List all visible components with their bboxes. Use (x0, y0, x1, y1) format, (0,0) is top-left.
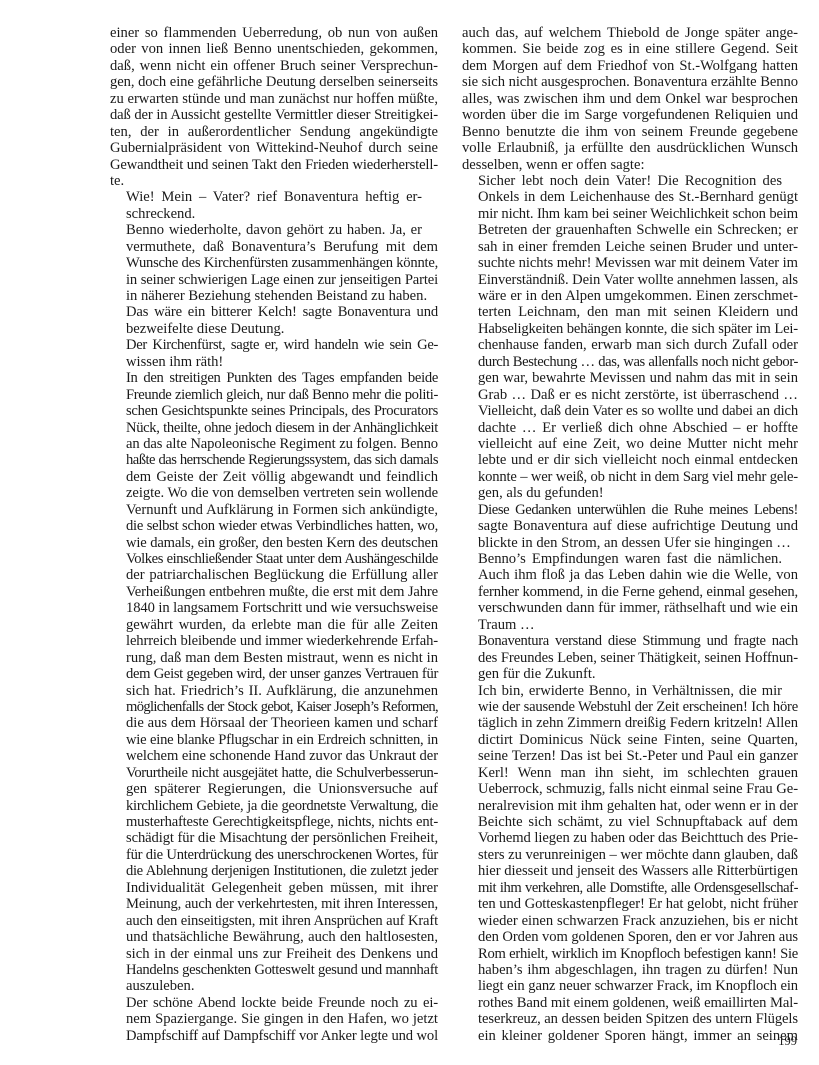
text-line: wissen ihm räth! (110, 354, 438, 370)
text-line: dem Geist gegeben wird, der unser ganzes… (110, 666, 438, 682)
text-line: wie eine blanke Pflugschar in ein Erdrei… (110, 732, 438, 748)
text-line: gen, doch eine gefährliche Deutung derse… (110, 74, 438, 90)
text-line: Sicher lebt noch dein Vater! Die Recogni… (462, 173, 798, 189)
text-line: Der Kirchenfürst, sagte er, wird handeln… (110, 337, 438, 353)
text-line: sagte Bonaventura auf diese aufrichtige … (462, 518, 798, 534)
text-line: auch das, auf welchem Thiebold de Jonge … (462, 25, 798, 41)
paragraph: einer so flammenden Ueberredung, ob nun … (110, 25, 438, 189)
text-line: wie damals, ein großer, den besten Kern … (110, 535, 438, 551)
text-line: Benno benutzte die ihm von seinem Freund… (462, 124, 798, 140)
text-line: gen war, bewahrte Mevissen und nahm das … (462, 370, 798, 386)
text-line: Dampfschiff auf Dampfschiff vor Anker le… (110, 1028, 438, 1044)
paragraph: Benno wiederholte, davon gehört zu haben… (110, 222, 438, 304)
text-line: die Ablehnung derjenigen Institutionen, … (110, 863, 438, 879)
text-line: oder von innen ließ Benno unentschieden,… (110, 41, 438, 57)
text-line: vermuthete, daß Bonaventura’s Berufung m… (110, 239, 438, 255)
text-line: ten, der in außerordentlicher Sendung an… (110, 124, 438, 140)
text-line: wieder einen schwarzen Frack anzuziehen,… (462, 913, 798, 929)
text-line: wäre er in den Alpen umgekommen. Einen z… (462, 288, 798, 304)
text-line: seine Terzen! Das ist bei St.-Peter und … (462, 748, 798, 764)
text-line: Benno wiederholte, davon gehört zu haben… (110, 222, 438, 238)
text-line: chenhause fanden, erwarb man sich durch … (462, 337, 798, 353)
text-line: kommen. Sie beide zog es in eine stiller… (462, 41, 798, 57)
text-line: die aus dem Hörsaal der Theorieen kamen … (110, 715, 438, 731)
text-line: schreckend. (110, 206, 438, 222)
text-line: vielleicht auf eine Zeit, wo deine Mutte… (462, 436, 798, 452)
text-line: auszuleben. (110, 978, 438, 994)
text-line: Meinung, auch der verkehrtesten, mit ihr… (110, 896, 438, 912)
text-line: nem Spaziergange. Sie gingen in den Hafe… (110, 1011, 438, 1027)
paragraph: Der Kirchenfürst, sagte er, wird handeln… (110, 337, 438, 370)
text-line: volle Erlaubniß, ja erfüllte den ausdrüc… (462, 140, 798, 156)
text-line: lebte und er dir sich vielleicht noch ei… (462, 452, 798, 468)
paragraph: Benno’s Empfindungen waren fast die näml… (462, 551, 798, 633)
text-line: konnte – wer weiß, ob nicht in dem Sarg … (462, 469, 798, 485)
text-line: Volkes einschließender Staat unter dem A… (110, 551, 438, 567)
text-column-right: auch das, auf welchem Thiebold de Jonge … (462, 25, 798, 1044)
text-line: Traum … (462, 617, 798, 633)
text-line: für die Unterdrückung des unerschrockene… (110, 847, 438, 863)
text-line: gen späterer Regierungen, die Unionsvers… (110, 781, 438, 797)
text-line: und thatsächliche Bewährung, auch den ha… (110, 929, 438, 945)
paragraph: Diese Gedanken unterwühlen die Ruhe mein… (462, 502, 798, 551)
text-line: Wie! Mein – Vater? rief Bonaventura heft… (110, 189, 438, 205)
text-line: Grab … Daß er es nicht zerstörte, ist üb… (462, 387, 798, 403)
text-line: daß der in Aussicht gestellte Vermittler… (110, 107, 438, 123)
text-line: wie der sausende Webstuhl der Zeit ersch… (462, 699, 798, 715)
text-line: der patriarchalischen Beglückung die Erf… (110, 567, 438, 583)
text-line: fernher kommend, in die Ferne gehend, ei… (462, 584, 798, 600)
text-line: gen für die Zukunft. (462, 666, 798, 682)
text-line: auch den einseitigsten, mit ihren Ansprü… (110, 913, 438, 929)
text-line: worden über die im Sarge vorgefundenen R… (462, 107, 798, 123)
text-line: einer so flammenden Ueberredung, ob nun … (110, 25, 438, 41)
text-line: den Orden vom goldenen Sporen, den er vo… (462, 929, 798, 945)
paragraph: Wie! Mein – Vater? rief Bonaventura heft… (110, 189, 438, 222)
text-line: Der schöne Abend lockte beide Freunde no… (110, 995, 438, 1011)
text-line: Nück, theilte, ohne jedoch diesem in der… (110, 420, 438, 436)
text-line: Individualität Gelegenheit geben müssen,… (110, 880, 438, 896)
text-line: Ueberrock, schmuzig, falls nicht einmal … (462, 781, 798, 797)
text-line: rothes Band mit einem goldenen, weiß ema… (462, 995, 798, 1011)
text-line: neralrevision mit ihm gehalten hat, oder… (462, 798, 798, 814)
paragraph: Der schöne Abend lockte beide Freunde no… (110, 995, 438, 1044)
text-line: sah in einer fremden Leiche seinen Brude… (462, 239, 798, 255)
paragraph: In den streitigen Punkten des Tages empf… (110, 370, 438, 995)
text-line: mit ihm verkehren, alle Domstifte, alle … (462, 880, 798, 896)
text-line: kirchlichem Gebiete, ja die geordnetste … (110, 798, 438, 814)
text-line: blickte in den Strom, an dessen Ufer sie… (462, 535, 798, 551)
text-line: an das alte Napoleonische Regiment zu fo… (110, 436, 438, 452)
text-line: haben’s ihm abgeschlagen, ihn tragen zu … (462, 962, 798, 978)
text-line: in seiner schwierigen Lage einen zur jen… (110, 272, 438, 288)
paragraph: Sicher lebt noch dein Vater! Die Recogni… (462, 173, 798, 502)
page-number: 199 (740, 1034, 797, 1049)
text-line: schen Gesichtspunkte seines Principals, … (110, 403, 438, 419)
text-line: te. (110, 173, 438, 189)
text-line: Betreten der grauenhaften Schwelle ein S… (462, 222, 798, 238)
text-line: suchte nichts mehr! Mevissen war mit dei… (462, 255, 798, 271)
text-line: musterhafteste Gerechtigkeitspflege, nic… (110, 814, 438, 830)
text-line: gewährt wurden, da erlebte man die für a… (110, 617, 438, 633)
text-line: Vorurtheile nicht ausgejätet hatte, die … (110, 765, 438, 781)
text-line: Einverständniß. Dein Vater wollte annehm… (462, 272, 798, 288)
text-line: zeigte. Wo die von demselben vertreten s… (110, 485, 438, 501)
text-line: rung, daß man dem Besten mistraut, wenn … (110, 650, 438, 666)
text-line: Gewandtheit und seinen Takt den Frieden … (110, 157, 438, 173)
text-line: Wunsche des Kirchenfürsten zusammenhänge… (110, 255, 438, 271)
text-line: Habseligkeiten behängen konnte, die sich… (462, 321, 798, 337)
text-line: täglich in zehn Zimmern dreißig Federn k… (462, 715, 798, 731)
paragraph: Ich bin, erwiderte Benno, in Verhältniss… (462, 683, 798, 1045)
text-line: Vielleicht, daß dein Vater es so wollte … (462, 403, 798, 419)
text-line: bezweifelte diese Deutung. (110, 321, 438, 337)
text-line: alles, was zwischen ihm und dem Onkel wa… (462, 91, 798, 107)
text-line: Ich bin, erwiderte Benno, in Verhältniss… (462, 683, 798, 699)
text-line: die selbst schon wieder etwas Verbindlic… (110, 518, 438, 534)
text-line: welchem eine schonende Hand zuvor das Un… (110, 748, 438, 764)
text-line: schädigt für die Misachtung der persönli… (110, 830, 438, 846)
text-line: Bonaventura verstand diese Stimmung und … (462, 633, 798, 649)
text-line: Handelns geschenkten Gotteswelt gesund u… (110, 962, 438, 978)
text-line: Beichte sich schämt, zu viel Schnupftaba… (462, 814, 798, 830)
book-page: einer so flammenden Ueberredung, ob nun … (0, 0, 819, 1065)
text-line: in näherer Beziehung stehenden Beistand … (110, 288, 438, 304)
text-line: sie sich nicht ausgesprochen. Bonaventur… (462, 74, 798, 90)
text-line: Rom erhielt, wirklich im Knopfloch befes… (462, 946, 798, 962)
text-line: Gubernialpräsident von Wittekind-Neuhof … (110, 140, 438, 156)
text-line: Onkels in dem Leichenhause des St.-Bernh… (462, 189, 798, 205)
text-line: möglichenfalls der Stock gebot, Kaiser J… (110, 699, 438, 715)
text-line: desselben, wenn er offen sagte: (462, 157, 798, 173)
text-line: gen, als du gefunden! (462, 485, 798, 501)
text-line: sich in der einmal uns zur Freiheit des … (110, 946, 438, 962)
text-line: haßte das herrschende Regierungssystem, … (110, 452, 438, 468)
text-line: liegt ein ganz neuer schwarzer Frack, im… (462, 978, 798, 994)
text-line: Verheißungen entbehren mußte, die erst m… (110, 584, 438, 600)
paragraph: Das wäre ein bitterer Kelch! sagte Bonav… (110, 304, 438, 337)
text-line: hier diesseit und jenseit des Wassers al… (462, 863, 798, 879)
text-line: des Freundes Leben, seiner Thätigkeit, s… (462, 650, 798, 666)
text-line: ten und Gotteskastenpfleger! Er hat gelo… (462, 896, 798, 912)
text-line: lehrreich bleibende und immer wiederkehr… (110, 633, 438, 649)
text-line: zu erwarten stünde und man zunächst nur … (110, 91, 438, 107)
text-line: mir nicht. Ihm kam bei seiner Weichlichk… (462, 206, 798, 222)
text-line: Vernunft und Aufklärung in Formen sich a… (110, 502, 438, 518)
text-line: Benno’s Empfindungen waren fast die näml… (462, 551, 798, 567)
text-line: verschwunden dann für immer, räthselhaft… (462, 600, 798, 616)
text-line: Diese Gedanken unterwühlen die Ruhe mein… (462, 502, 798, 518)
text-line: teserkreuz, an dessen beiden Spitzen des… (462, 1011, 798, 1027)
text-line: Auch ihm floß ja das Leben dahin wie die… (462, 567, 798, 583)
text-line: Freunde ziemlich gleich, nur daß Benno m… (110, 387, 438, 403)
text-line: dictirt Dominicus Nück seine Finten, sei… (462, 732, 798, 748)
text-line: dem Morgen auf dem Friedhof von St.-Wolf… (462, 58, 798, 74)
paragraph: auch das, auf welchem Thiebold de Jonge … (462, 25, 798, 173)
text-line: dem Geiste der Zeit völlig abgewandt und… (110, 469, 438, 485)
text-line: terten Leichnam, den man mit seinen Klei… (462, 304, 798, 320)
text-line: daß, wenn nicht ein offener Bruch seiner… (110, 58, 438, 74)
text-column-left: einer so flammenden Ueberredung, ob nun … (110, 25, 438, 1044)
text-line: In den streitigen Punkten des Tages empf… (110, 370, 438, 386)
paragraph: Bonaventura verstand diese Stimmung und … (462, 633, 798, 682)
text-line: Das wäre ein bitterer Kelch! sagte Bonav… (110, 304, 438, 320)
text-line: Kerl! Wenn man ihn sieht, im schlechten … (462, 765, 798, 781)
text-line: dachte … Er verließ dich ohne Abschied –… (462, 420, 798, 436)
text-line: sich hat. Friedrich’s II. Aufklärung, di… (110, 683, 438, 699)
text-line: sters zu verunreinigen – wer möchte dann… (462, 847, 798, 863)
text-line: 1840 in langsamem Fortschritt und wie ve… (110, 600, 438, 616)
text-line: Vorhemd liegen zu haben oder das Beichtt… (462, 830, 798, 846)
text-line: durch Bestechung … das, was allenfalls n… (462, 354, 798, 370)
